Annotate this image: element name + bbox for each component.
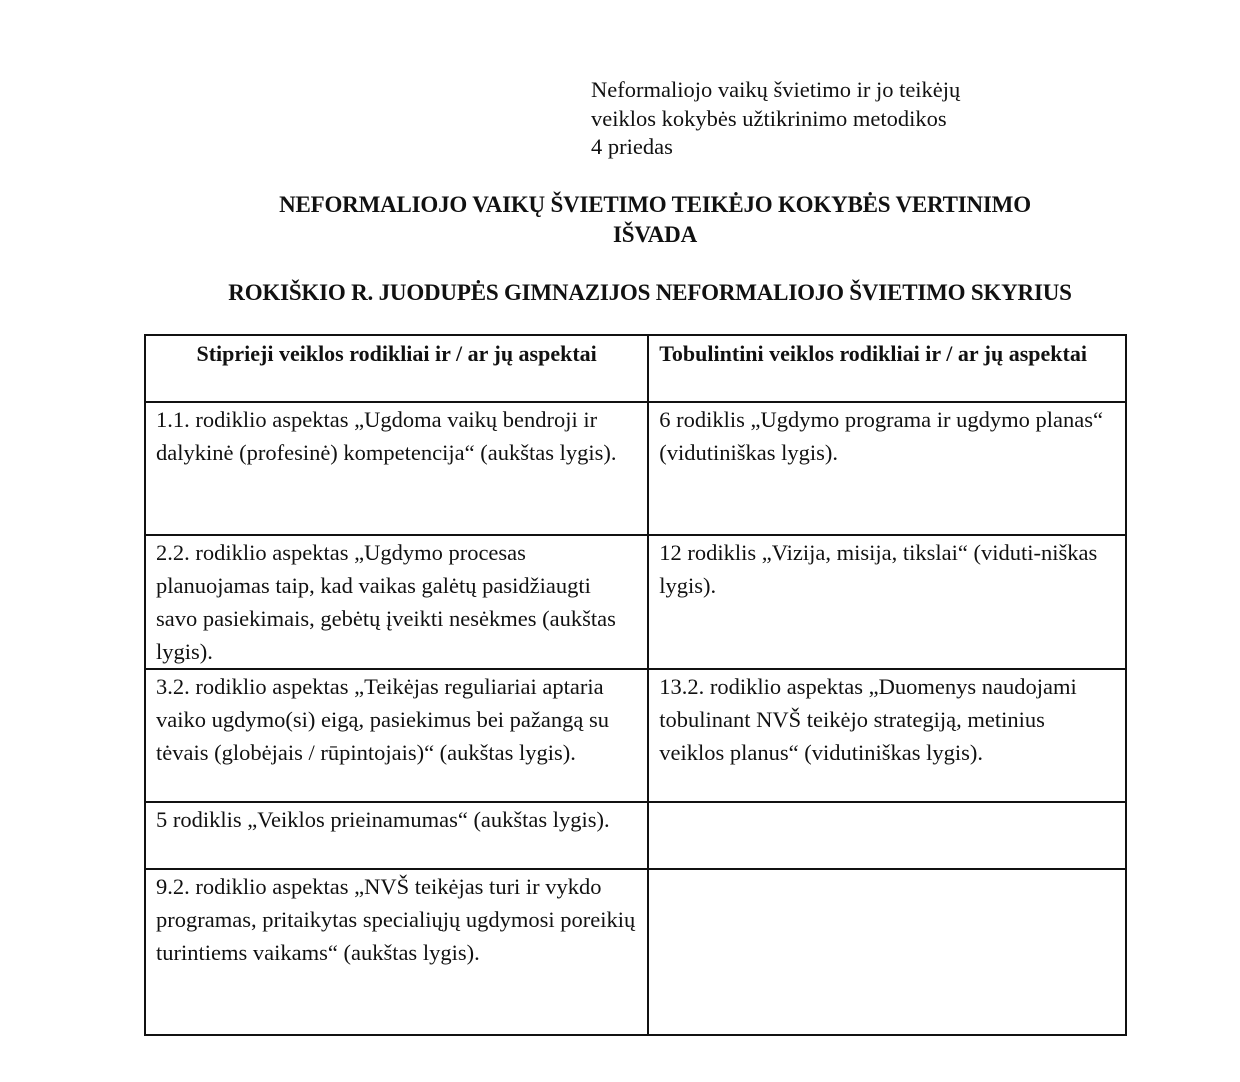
document-title: NEFORMALIOJO VAIKŲ ŠVIETIMO TEIKĖJO KOKY… [0,190,1240,250]
improvement-cell: 6 rodiklis „Ugdymo programa ir ugdymo pl… [648,402,1126,535]
improvement-cell [648,802,1126,869]
header-strengths: Stiprieji veiklos rodikliai ir / ar jų a… [145,335,648,402]
strength-cell: 3.2. rodiklio aspektas „Teikėjas regulia… [145,669,648,802]
table-row: 9.2. rodiklio aspektas „NVŠ teikėjas tur… [145,869,1126,1035]
strength-cell: 9.2. rodiklio aspektas „NVŠ teikėjas tur… [145,869,648,1035]
annex-line-1: Neformaliojo vaikų švietimo ir jo teikėj… [591,76,960,105]
document-title-line-1: NEFORMALIOJO VAIKŲ ŠVIETIMO TEIKĖJO KOKY… [0,190,1240,220]
improvement-cell: 13.2. rodiklio aspektas „Duomenys naudoj… [648,669,1126,802]
table-row: 2.2. rodiklio aspektas „Ugdymo procesas … [145,535,1126,669]
strength-cell: 1.1. rodiklio aspektas „Ugdoma vaikų ben… [145,402,648,535]
annex-line-2: veiklos kokybės užtikrinimo metodikos [591,105,960,134]
improvement-cell: 12 rodiklis „Vizija, misija, tikslai“ (v… [648,535,1126,669]
institution-name: ROKIŠKIO R. JUODUPĖS GIMNAZIJOS NEFORMAL… [0,278,1240,308]
table-row: 3.2. rodiklio aspektas „Teikėjas regulia… [145,669,1126,802]
table-row: 5 rodiklis „Veiklos prieinamumas“ (aukšt… [145,802,1126,869]
strength-cell: 5 rodiklis „Veiklos prieinamumas“ (aukšt… [145,802,648,869]
annex-line-3: 4 priedas [591,133,960,162]
strength-cell: 2.2. rodiklio aspektas „Ugdymo procesas … [145,535,648,669]
table-header-row: Stiprieji veiklos rodikliai ir / ar jų a… [145,335,1126,402]
header-improvements: Tobulintini veiklos rodikliai ir / ar jų… [648,335,1126,402]
document-title-line-2: IŠVADA [0,220,1240,250]
improvement-cell [648,869,1126,1035]
evaluation-table: Stiprieji veiklos rodikliai ir / ar jų a… [144,334,1127,1036]
annex-reference: Neformaliojo vaikų švietimo ir jo teikėj… [591,76,960,162]
table-row: 1.1. rodiklio aspektas „Ugdoma vaikų ben… [145,402,1126,535]
